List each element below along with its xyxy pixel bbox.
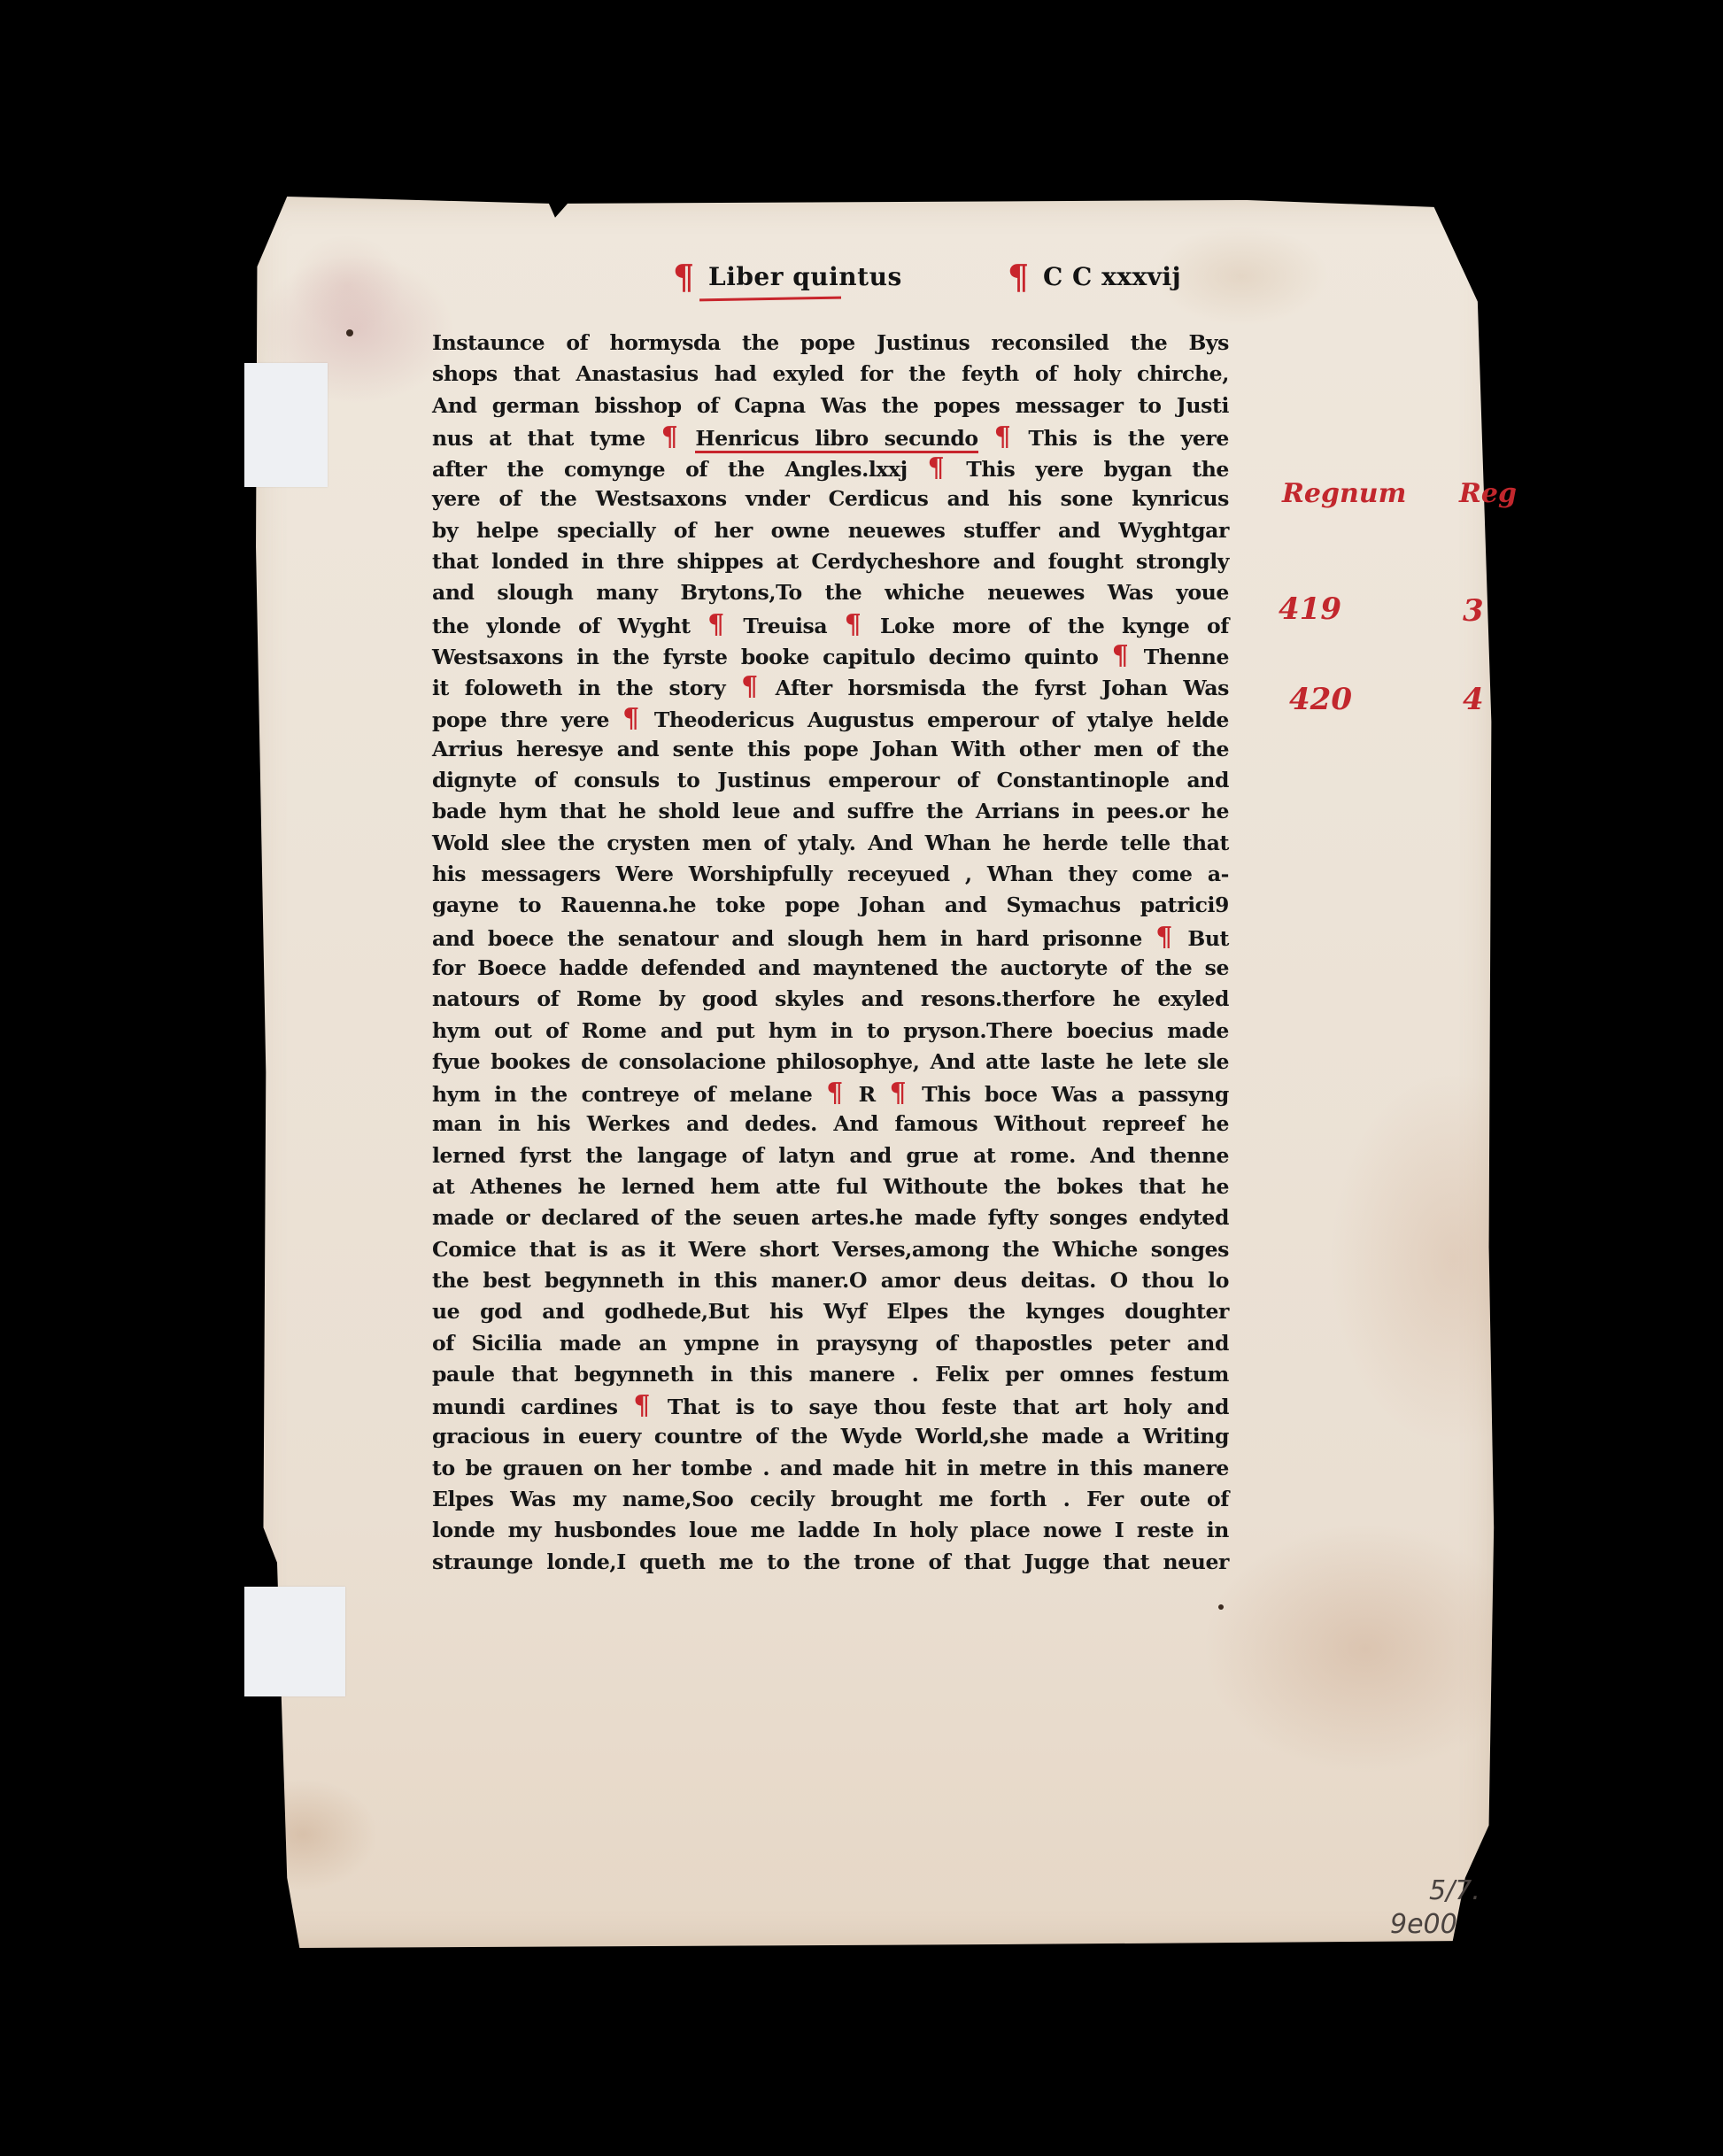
rubric-pilcrow: ¶ xyxy=(707,609,724,640)
line-text: Elpes Was my name,Soo cecily brought me … xyxy=(432,1487,1229,1511)
text-line: londe my husbondes loue me ladde In holy… xyxy=(432,1515,1229,1546)
line-text: of Sicilia made an ympne in praysyng of … xyxy=(432,1331,1229,1356)
text-line: lerned fyrst the langage of latyn and gr… xyxy=(432,1140,1229,1171)
folio-number: C C xxxvij xyxy=(1043,262,1181,291)
text-line: man in his Werkes and dedes. And famous … xyxy=(432,1109,1229,1140)
line-text: at Athenes he lerned hem atte ful Withou… xyxy=(432,1174,1229,1199)
mounting-tab-top xyxy=(244,363,328,487)
line-text: R xyxy=(859,1082,876,1107)
line-text: Thenne xyxy=(1144,645,1229,669)
rubric-pilcrow: ¶ xyxy=(741,671,758,702)
text-line: to be grauen on her tombe . and made hit… xyxy=(432,1453,1229,1484)
line-text: This is the yere xyxy=(1028,426,1229,451)
text-line: that londed in thre shippes at Cerdyches… xyxy=(432,546,1229,577)
text-line: hym out of Rome and put hym in to pryson… xyxy=(432,1016,1229,1047)
rubric-pilcrow: ¶ xyxy=(1155,922,1172,953)
pencil-note: 9e00 xyxy=(1390,1909,1457,1940)
book-title: Liber quintus xyxy=(708,262,902,291)
body-text: Instaunce of hormysda the pope Justinus … xyxy=(432,328,1229,1578)
rubric-pilcrow: ¶ xyxy=(826,1078,843,1109)
line-text: Comice that is as it Were short Verses,a… xyxy=(432,1237,1229,1262)
running-head: ¶ Liber quintus ¶ C C xxxvij xyxy=(673,262,1204,306)
text-line: his messagers Were Worshipfully receyued… xyxy=(432,859,1229,890)
rubric-pilcrow: ¶ xyxy=(673,257,694,297)
text-line: And german bisshop of Capna Was the pope… xyxy=(432,390,1229,421)
line-text: After horsmisda the fyrst Johan Was xyxy=(776,676,1229,700)
line-text: This yere bygan the xyxy=(966,457,1229,482)
rubric-pilcrow: ¶ xyxy=(845,609,861,640)
line-text: This boce Was a passyng xyxy=(922,1082,1229,1107)
line-text: his messagers Were Worshipfully receyued… xyxy=(432,862,1229,886)
line-text: by helpe specially of her owne neuewes s… xyxy=(432,518,1229,543)
margin-year: 419 xyxy=(1279,591,1341,627)
text-line: ue god and godhede,But his Wyf Elpes the… xyxy=(432,1296,1229,1327)
line-text: lerned fyrst the langage of latyn and gr… xyxy=(432,1143,1229,1168)
line-text: it foloweth in the story xyxy=(432,676,725,700)
text-line: for Boece hadde defended and mayntened t… xyxy=(432,953,1229,984)
text-line: made or declared of the seuen artes.he m… xyxy=(432,1202,1229,1233)
line-text: Westsaxons in the fyrste booke capitulo … xyxy=(432,645,1098,669)
text-line: Comice that is as it Were short Verses,a… xyxy=(432,1234,1229,1265)
text-line: it foloweth in the story ¶ After horsmis… xyxy=(432,671,1229,702)
text-line: Westsaxons in the fyrste booke capitulo … xyxy=(432,640,1229,671)
line-text: to be grauen on her tombe . and made hit… xyxy=(432,1456,1229,1480)
text-line: fyue bookes de consolacione philosophye,… xyxy=(432,1047,1229,1078)
text-line: at Athenes he lerned hem atte ful Withou… xyxy=(432,1171,1229,1202)
rubric-pilcrow: ¶ xyxy=(1008,257,1029,297)
line-text: after the comynge of the Angles.lxxj xyxy=(432,457,908,482)
text-line: mundi cardines ¶ That is to saye thou fe… xyxy=(432,1390,1229,1421)
line-text: the ylonde of Wyght xyxy=(432,614,691,638)
line-text: yere of the Westsaxons vnder Cerdicus an… xyxy=(432,486,1229,511)
text-line: Instaunce of hormysda the pope Justinus … xyxy=(432,328,1229,359)
margin-notes: Regnum Reg 419 3 420 4 xyxy=(1275,478,1505,744)
rubric-pilcrow: ¶ xyxy=(622,703,639,734)
text-line: shops that Anastasius had exyled for the… xyxy=(432,359,1229,390)
line-text: natours of Rome by good skyles and reson… xyxy=(432,986,1229,1011)
line-text: Wold slee the crysten men of ytaly. And … xyxy=(432,831,1229,855)
line-text: londe my husbondes loue me ladde In holy… xyxy=(432,1518,1229,1542)
line-text: Arrius heresye and sente this pope Johan… xyxy=(432,737,1229,761)
text-line: the ylonde of Wyght ¶ Treuisa ¶ Loke mor… xyxy=(432,609,1229,640)
text-line: of Sicilia made an ympne in praysyng of … xyxy=(432,1328,1229,1359)
line-text: the best begynneth in this maner.O amor … xyxy=(432,1268,1229,1293)
rubric-pilcrow: ¶ xyxy=(1112,640,1129,671)
text-line: gayne to Rauenna.he toke pope Johan and … xyxy=(432,890,1229,921)
rubric-pilcrow: ¶ xyxy=(661,421,678,452)
margin-year: 420 xyxy=(1289,682,1352,717)
margin-reign-year: 4 xyxy=(1463,682,1484,717)
line-text: dignyte of consuls to Justinus emperour … xyxy=(432,768,1229,792)
line-text: hym out of Rome and put hym in to pryson… xyxy=(432,1018,1229,1043)
red-underline xyxy=(699,297,841,302)
line-text: straunge londe,I queth me to the trone o… xyxy=(432,1549,1229,1574)
text-line: dignyte of consuls to Justinus emperour … xyxy=(432,765,1229,796)
line-text: and slough many Brytons,To the whiche ne… xyxy=(432,580,1229,605)
line-text: And german bisshop of Capna Was the pope… xyxy=(432,393,1229,418)
text-line: and boece the senatour and slough hem in… xyxy=(432,922,1229,953)
line-text: made or declared of the seuen artes.he m… xyxy=(432,1205,1229,1230)
line-text: nus at that tyme xyxy=(432,426,645,451)
rubric-pilcrow: ¶ xyxy=(928,452,945,483)
text-line: hym in the contreye of melane ¶ R ¶ This… xyxy=(432,1078,1229,1109)
rubric-pilcrow: ¶ xyxy=(633,1390,650,1421)
text-line: straunge londe,I queth me to the trone o… xyxy=(432,1547,1229,1578)
mounting-tab-bottom xyxy=(244,1587,345,1696)
line-text: But xyxy=(1187,926,1229,951)
text-line: and slough many Brytons,To the whiche ne… xyxy=(432,577,1229,608)
text-line: Arrius heresye and sente this pope Johan… xyxy=(432,734,1229,765)
line-text: paule that begynneth in this manere . Fe… xyxy=(432,1362,1229,1387)
text-line: after the comynge of the Angles.lxxj ¶ T… xyxy=(432,452,1229,483)
line-text: man in his Werkes and dedes. And famous … xyxy=(432,1111,1229,1136)
line-text: Theodericus Augustus emperour of ytalye … xyxy=(654,707,1229,732)
text-line: Elpes Was my name,Soo cecily brought me … xyxy=(432,1484,1229,1515)
line-text: Henricus libro secundo xyxy=(695,426,977,453)
line-text: fyue bookes de consolacione philosophye,… xyxy=(432,1049,1229,1074)
rubric-pilcrow: ¶ xyxy=(994,421,1011,452)
margin-heading-regnum: Regnum xyxy=(1282,478,1406,509)
foxing-spot xyxy=(1218,1604,1224,1610)
text-line: the best begynneth in this maner.O amor … xyxy=(432,1265,1229,1296)
line-text: shops that Anastasius had exyled for the… xyxy=(432,361,1229,386)
line-text: ue god and godhede,But his Wyf Elpes the… xyxy=(432,1299,1229,1324)
margin-heading-reg: Reg xyxy=(1459,478,1517,509)
text-line: gracious in euery countre of the Wyde Wo… xyxy=(432,1421,1229,1452)
rubric-pilcrow: ¶ xyxy=(890,1078,907,1109)
text-line: Wold slee the crysten men of ytaly. And … xyxy=(432,828,1229,859)
text-line: yere of the Westsaxons vnder Cerdicus an… xyxy=(432,483,1229,514)
line-text: gracious in euery countre of the Wyde Wo… xyxy=(432,1424,1229,1449)
pencil-note: 5/7. xyxy=(1429,1875,1480,1906)
line-text: Loke more of the kynge of xyxy=(880,614,1229,638)
line-text: and boece the senatour and slough hem in… xyxy=(432,926,1142,951)
line-text: bade hym that he shold leue and suffre t… xyxy=(432,799,1229,823)
line-text: that londed in thre shippes at Cerdyches… xyxy=(432,549,1229,574)
line-text: That is to saye thou feste that art holy… xyxy=(668,1395,1229,1419)
line-text: hym in the contreye of melane xyxy=(432,1082,812,1107)
line-text: for Boece hadde defended and mayntened t… xyxy=(432,955,1229,980)
line-text: mundi cardines xyxy=(432,1395,618,1419)
text-line: natours of Rome by good skyles and reson… xyxy=(432,984,1229,1015)
margin-reign-year: 3 xyxy=(1463,593,1484,629)
line-text: gayne to Rauenna.he toke pope Johan and … xyxy=(432,893,1229,917)
line-text: Instaunce of hormysda the pope Justinus … xyxy=(432,330,1229,355)
line-text: pope thre yere xyxy=(432,707,609,732)
text-line: paule that begynneth in this manere . Fe… xyxy=(432,1359,1229,1390)
foxing-spot xyxy=(346,329,353,336)
text-line: nus at that tyme ¶ Henricus libro secund… xyxy=(432,421,1229,452)
text-line: by helpe specially of her owne neuewes s… xyxy=(432,515,1229,546)
text-line: bade hym that he shold leue and suffre t… xyxy=(432,796,1229,827)
line-text: Treuisa xyxy=(743,614,827,638)
text-line: pope thre yere ¶ Theodericus Augustus em… xyxy=(432,703,1229,734)
